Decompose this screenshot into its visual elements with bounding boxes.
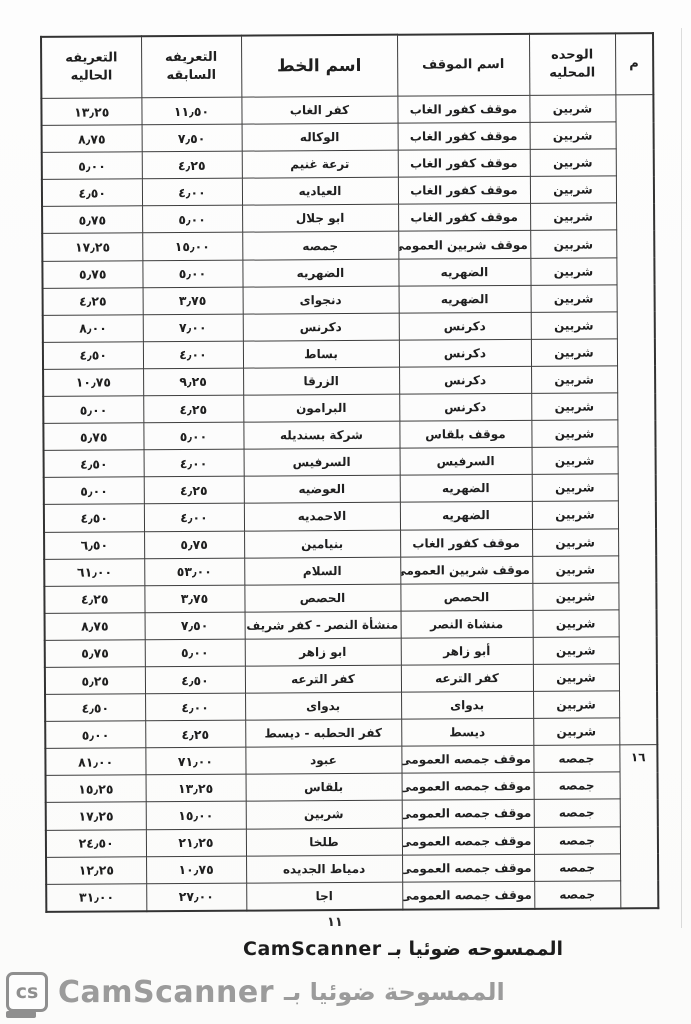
table-row: شربينموقف كفور الغابترعة غنيم٤٫٢٥٥٫٠٠	[42, 149, 654, 180]
cell-stop-name: موقف كفور الغاب	[398, 177, 530, 205]
cell-stop-name: الضهريه	[400, 502, 532, 530]
table-row: شربينموقف كفور الغابابو جلال٥٫٠٠٥٫٧٥	[42, 203, 654, 234]
col-header-index: م	[615, 33, 653, 95]
cell-unit: شربين	[529, 95, 615, 123]
table-row: شربينموقف كفور الغابكفر الغاب١١٫٥٠١٣٫٢٥	[41, 95, 653, 126]
cell-prev-tariff: ٥٫٠٠	[142, 260, 242, 288]
cell-prev-tariff: ٤٫٢٥	[143, 395, 243, 423]
cell-unit: شربين	[530, 176, 616, 204]
cell-unit: جمصه	[533, 745, 619, 773]
cell-line-name: دكرنس	[243, 313, 399, 341]
cell-prev-tariff: ٩٫٢٥	[143, 368, 243, 396]
cell-stop-name: موقف جمصه العمومى	[402, 773, 534, 801]
table-row: شربينالضهريهدنجواى٣٫٧٥٤٫٢٥	[43, 284, 655, 315]
cell-curr-tariff: ٨٫٧٥	[45, 613, 145, 641]
cell-line-name: الحصص	[244, 584, 400, 612]
cell-unit: شربين	[533, 691, 619, 719]
cell-curr-tariff: ٤٫٢٥	[44, 585, 144, 613]
cell-line-name: ترعة غنيم	[242, 150, 398, 178]
table-row: شربيندكرنسالبرامون٤٫٢٥٥٫٠٠	[43, 393, 655, 424]
cell-stop-name: دكرنس	[399, 366, 531, 394]
cell-curr-tariff: ٤٫٥٠	[44, 450, 144, 478]
cell-stop-name: السرفيس	[400, 448, 532, 476]
cell-curr-tariff: ٤٫٢٥	[43, 287, 143, 315]
table-row: شربينالسرفيسالسرفيس٤٫٠٠٤٫٥٠	[44, 447, 656, 478]
cell-prev-tariff: ٤٫٢٥	[145, 720, 245, 748]
cell-unit: جمصه	[534, 881, 620, 909]
cell-prev-tariff: ٥٫٠٠	[143, 422, 243, 450]
cell-stop-name: موقف كفور الغاب	[398, 150, 530, 178]
cell-curr-tariff: ٥٫٠٠	[42, 152, 142, 180]
cell-prev-tariff: ٧١٫٠٠	[145, 747, 245, 775]
cell-curr-tariff: ٤٫٥٠	[44, 504, 144, 532]
cell-curr-tariff: ٥٫٧٥	[43, 423, 143, 451]
cell-stop-name: موقف جمصه العمومى	[402, 854, 534, 882]
cell-prev-tariff: ٧٫٥٠	[142, 124, 242, 152]
cell-prev-tariff: ٧٫٥٠	[145, 612, 245, 640]
col-header-stop: اسم الموقف	[397, 34, 529, 96]
cell-unit: شربين	[531, 285, 617, 313]
table-row: شربينأبو زاهرابو زاهر٥٫٠٠٥٫٧٥	[45, 636, 657, 667]
cell-unit: شربين	[531, 366, 617, 394]
cell-curr-tariff: ٨٫٧٥	[42, 125, 142, 153]
table-row: جمصهموقف جمصه العمومىدمياط الجديده١٠٫٧٥١…	[46, 853, 658, 884]
cell-prev-tariff: ٤٫٠٠	[144, 504, 244, 532]
cell-unit: شربين	[532, 583, 618, 611]
cell-curr-tariff: ٤٫٥٠	[42, 179, 142, 207]
table-row: ١٦جمصهموقف جمصه العمومىعبود٧١٫٠٠٨١٫٠٠	[45, 745, 657, 776]
cell-curr-tariff: ٥٫٢٥	[45, 667, 145, 695]
cell-line-name: السلام	[244, 557, 400, 585]
cell-prev-tariff: ٤٫٠٠	[143, 341, 243, 369]
cell-prev-tariff: ١٣٫٢٥	[146, 774, 246, 802]
cell-line-name: الاحمديه	[244, 503, 400, 531]
cell-unit: شربين	[532, 501, 618, 529]
cell-line-name: عبود	[245, 746, 401, 774]
cell-curr-tariff: ٥٫٧٥	[45, 640, 145, 668]
tariff-table: م الوحده المحليه اسم الموقف اسم الخط الت…	[40, 32, 657, 913]
scan-edge-artifact	[681, 28, 682, 928]
cell-stop-name: موقف كفور الغاب	[398, 204, 530, 232]
cell-prev-tariff: ١٥٫٠٠	[142, 233, 242, 261]
cell-curr-tariff: ١٠٫٧٥	[43, 369, 143, 397]
cell-unit: شربين	[532, 447, 618, 475]
cell-prev-tariff: ٣٫٧٥	[144, 585, 244, 613]
cell-prev-tariff: ٤٫٠٠	[144, 449, 244, 477]
cell-group-index	[615, 95, 657, 745]
cell-unit: شربين	[533, 718, 619, 746]
table-row: شربينالحصصالحصص٣٫٧٥٤٫٢٥	[44, 582, 656, 613]
cell-unit: جمصه	[534, 799, 620, 827]
table-row: شربيندكرنسالزرقا٩٫٢٥١٠٫٧٥	[43, 366, 655, 397]
cell-stop-name: الضهريه	[400, 475, 532, 503]
cell-stop-name: الضهريه	[399, 285, 531, 313]
cell-curr-tariff: ٥٫٠٠	[45, 721, 145, 749]
cell-unit: شربين	[531, 312, 617, 340]
cell-unit: شربين	[531, 393, 617, 421]
cell-stop-name: موقف كفور الغاب	[400, 529, 532, 557]
table-row: جمصهموقف جمصه العمومىطلخا٢١٫٢٥٢٤٫٥٠	[46, 826, 658, 857]
cell-prev-tariff: ٤٫٠٠	[142, 178, 242, 206]
camscanner-arabic-text: الممسوحة ضوئيا بـ	[284, 978, 505, 1006]
cell-stop-name: دكرنس	[399, 339, 531, 367]
scanned-page: م الوحده المحليه اسم الموقف اسم الخط الت…	[0, 0, 691, 1024]
cell-prev-tariff: ٢٧٫٠٠	[146, 883, 246, 911]
table-row: شربيندكرنسبساط٤٫٠٠٤٫٥٠	[43, 338, 655, 369]
cell-prev-tariff: ٤٫٢٥	[144, 476, 244, 504]
cell-unit: شربين	[531, 339, 617, 367]
table-row: شربينموقف كفور الغاببنيامين٥٫٧٥٦٫٥٠	[44, 528, 656, 559]
cell-stop-name: موقف كفور الغاب	[397, 95, 529, 123]
col-header-line: اسم الخط	[241, 35, 397, 97]
cell-unit: شربين	[530, 203, 616, 231]
cell-prev-tariff: ٧٫٠٠	[143, 314, 243, 342]
table-row: شربينالضهريهالضهريه٥٫٠٠٥٫٧٥	[42, 257, 654, 288]
cell-curr-tariff: ٥٫٠٠	[43, 396, 143, 424]
cell-curr-tariff: ٤٫٥٠	[45, 694, 145, 722]
camscanner-watermark: cs CamScanner الممسوحة ضوئيا بـ	[6, 972, 505, 1012]
cell-unit: شربين	[533, 637, 619, 665]
cell-unit: شربين	[532, 474, 618, 502]
cell-unit: شربين	[533, 610, 619, 638]
cell-unit: شربين	[532, 555, 618, 583]
cell-line-name: ابو جلال	[242, 205, 398, 233]
cell-curr-tariff: ٨٫٠٠	[43, 314, 143, 342]
table-row: شربينبدواىبدواى٤٫٠٠٤٫٥٠	[45, 691, 657, 722]
cell-stop-name: موقف جمصه العمومى	[401, 746, 533, 774]
cell-curr-tariff: ٨١٫٠٠	[45, 748, 145, 776]
cell-curr-tariff: ٢٤٫٥٠	[46, 829, 146, 857]
cell-curr-tariff: ١٣٫٢٥	[41, 98, 141, 126]
cell-stop-name: الحصص	[400, 583, 532, 611]
cell-stop-name: بدواى	[401, 691, 533, 719]
cell-line-name: الوكاله	[242, 123, 398, 151]
col-header-curr-tariff: التعريفه الحاليه	[41, 36, 141, 98]
cell-unit: جمصه	[534, 853, 620, 881]
cell-unit: جمصه	[534, 772, 620, 800]
table-row: شربينموقف بلقاسشركة بسنديله٥٫٠٠٥٫٧٥	[43, 420, 655, 451]
table-row: شربينكفر الترعهكفر الترعه٤٫٥٠٥٫٢٥	[45, 664, 657, 695]
cell-line-name: العوضيه	[244, 475, 400, 503]
cell-prev-tariff: ٥٣٫٠٠	[144, 558, 244, 586]
cell-prev-tariff: ٤٫٢٥	[142, 151, 242, 179]
cell-prev-tariff: ٥٫٠٠	[145, 639, 245, 667]
cell-line-name: شربين	[246, 801, 402, 829]
cell-stop-name: موقف جمصه العمومى	[402, 881, 534, 909]
cell-prev-tariff: ٤٫٥٠	[145, 666, 245, 694]
cell-line-name: بلقاس	[246, 774, 402, 802]
cell-stop-name: دكرنس	[399, 393, 531, 421]
cell-line-name: العياديه	[242, 177, 398, 205]
cell-line-name: اجا	[246, 882, 402, 911]
cell-line-name: شركة بسنديله	[243, 421, 399, 449]
cell-line-name: ابو زاهر	[245, 638, 401, 666]
cell-line-name: دمياط الجديده	[246, 855, 402, 883]
cell-stop-name: الضهريه	[398, 258, 530, 286]
cell-curr-tariff: ٦٫٥٠	[44, 531, 144, 559]
cell-line-name: طلخا	[246, 828, 402, 856]
camscanner-brand-text: CamScanner	[58, 975, 274, 1010]
cell-prev-tariff: ١٥٫٠٠	[146, 802, 246, 830]
cell-prev-tariff: ١١٫٥٠	[141, 97, 241, 125]
cell-unit: شربين	[530, 230, 616, 258]
col-header-prev-tariff: التعريفه السابقه	[141, 36, 241, 98]
cell-line-name: دنجواى	[243, 286, 399, 314]
cell-curr-tariff: ١٧٫٢٥	[46, 802, 146, 830]
cell-stop-name: موقف بلقاس	[399, 420, 531, 448]
cell-curr-tariff: ١٥٫٢٥	[46, 775, 146, 803]
tariff-table-grid: م الوحده المحليه اسم الموقف اسم الخط الت…	[40, 32, 659, 913]
cell-line-name: السرفيس	[244, 448, 400, 476]
cell-curr-tariff: ٦١٫٠٠	[44, 558, 144, 586]
cell-group-index: ١٦	[619, 745, 658, 908]
cell-stop-name: دكرنس	[399, 312, 531, 340]
cell-stop-name: منشاة النصر	[401, 610, 533, 638]
table-row: شربينموقف شربين العمومىالسلام٥٣٫٠٠٦١٫٠٠	[44, 555, 656, 586]
cell-prev-tariff: ٥٫٧٥	[144, 531, 244, 559]
cell-unit: شربين	[530, 257, 616, 285]
cell-stop-name: موقف شربين العمومى	[400, 556, 532, 584]
cell-prev-tariff: ٥٫٠٠	[142, 206, 242, 234]
col-header-unit: الوحده المحليه	[529, 33, 615, 95]
cell-prev-tariff: ٤٫٠٠	[145, 693, 245, 721]
cell-curr-tariff: ٥٫٠٠	[44, 477, 144, 505]
cell-stop-name: موقف كفور الغاب	[398, 122, 530, 150]
table-row: جمصهموقف جمصه العمومىبلقاس١٣٫٢٥١٥٫٢٥	[46, 772, 658, 803]
table-row: شربينالضهريهالاحمديه٤٫٠٠٤٫٥٠	[44, 501, 656, 532]
cell-curr-tariff: ٥٫٧٥	[42, 260, 142, 288]
cell-line-name: بدواى	[245, 692, 401, 720]
table-row: شربيندكرنسدكرنس٧٫٠٠٨٫٠٠	[43, 311, 655, 342]
cell-stop-name: موقف جمصه العمومى	[402, 827, 534, 855]
cell-stop-name: كفر الترعه	[401, 664, 533, 692]
cell-line-name: بساط	[243, 340, 399, 368]
table-row: شربينموقف كفور الغابالوكاله٧٫٥٠٨٫٧٥	[42, 122, 654, 153]
table-header-row: م الوحده المحليه اسم الموقف اسم الخط الت…	[41, 33, 653, 98]
cell-line-name: منشأة النصر - كفر شريف	[245, 611, 401, 639]
cell-line-name: الضهريه	[242, 259, 398, 287]
camscanner-logo-icon: cs	[6, 972, 48, 1012]
cell-unit: جمصه	[534, 826, 620, 854]
cell-line-name: الزرقا	[243, 367, 399, 395]
cell-prev-tariff: ٢١٫٢٥	[146, 829, 246, 857]
cell-unit: شربين	[532, 528, 618, 556]
cell-curr-tariff: ٣١٫٠٠	[46, 883, 146, 911]
table-row: جمصهموقف جمصه العمومىاجا٢٧٫٠٠٣١٫٠٠	[46, 880, 658, 911]
table-row: شربينموقف شربين العمومىجمصه١٥٫٠٠١٧٫٢٥	[42, 230, 654, 261]
cell-stop-name: ديسط	[401, 719, 533, 747]
cell-unit: شربين	[530, 149, 616, 177]
cell-curr-tariff: ١٧٫٢٥	[42, 233, 142, 261]
cell-line-name: كفر الحطبه - ديسط	[245, 719, 401, 747]
cell-line-name: البرامون	[243, 394, 399, 422]
table-row: جمصهموقف جمصه العمومىشربين١٥٫٠٠١٧٫٢٥	[46, 799, 658, 830]
cell-stop-name: موقف جمصه العمومى	[402, 800, 534, 828]
cell-curr-tariff: ٥٫٧٥	[42, 206, 142, 234]
scan-watermark-handwritten: الممسوحه ضوئيا بـ CamScanner	[243, 938, 663, 960]
table-row: شربينالضهريهالعوضيه٤٫٢٥٥٫٠٠	[44, 474, 656, 505]
cell-unit: شربين	[533, 664, 619, 692]
cell-line-name: جمصه	[242, 232, 398, 260]
cell-stop-name: موقف شربين العمومى	[398, 231, 530, 259]
cell-line-name: كفر الترعه	[245, 665, 401, 693]
table-row: شربينديسطكفر الحطبه - ديسط٤٫٢٥٥٫٠٠	[45, 718, 657, 749]
cell-line-name: كفر الغاب	[241, 96, 397, 124]
page-number: ١١	[327, 915, 343, 930]
cell-line-name: بنيامين	[244, 530, 400, 558]
table-row: شربينمنشاة النصرمنشأة النصر - كفر شريف٧٫…	[45, 609, 657, 640]
cell-curr-tariff: ١٢٫٢٥	[46, 856, 146, 884]
cell-prev-tariff: ٣٫٧٥	[143, 287, 243, 315]
table-row: شربينموقف كفور الغابالعياديه٤٫٠٠٤٫٥٠	[42, 176, 654, 207]
cell-curr-tariff: ٤٫٥٠	[43, 342, 143, 370]
camscanner-logo-letters: cs	[16, 981, 39, 1003]
cell-prev-tariff: ١٠٫٧٥	[146, 856, 246, 884]
cell-unit: شربين	[530, 122, 616, 150]
cell-stop-name: أبو زاهر	[401, 637, 533, 665]
cell-unit: شربين	[531, 420, 617, 448]
